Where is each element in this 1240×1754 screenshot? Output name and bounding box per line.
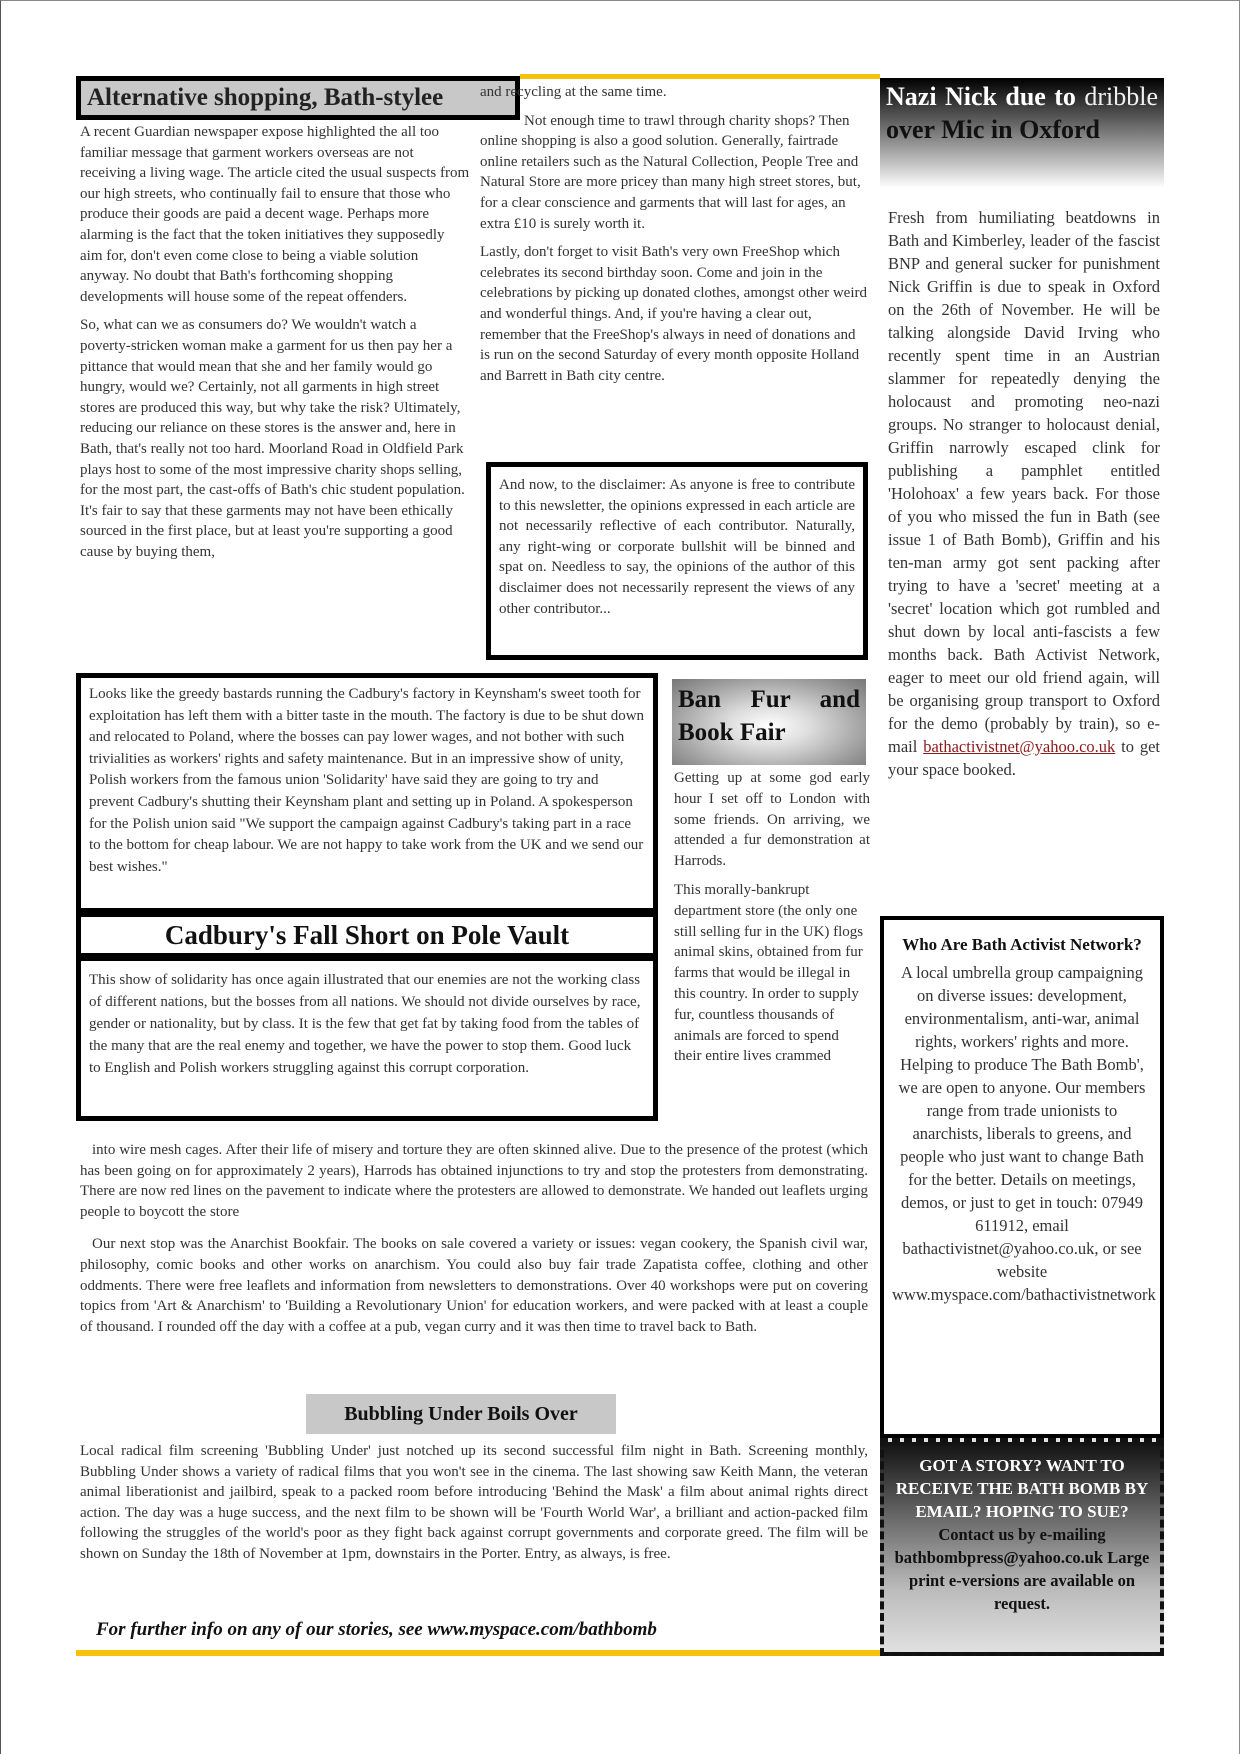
bubbling-body: Local radical film screening 'Bubbling U… (80, 1441, 868, 1565)
nazi-nick-title-part: over Mic in (886, 115, 1013, 144)
email-link[interactable]: bathactivistnet@yahoo.co.uk (923, 737, 1115, 756)
alt-shopping-paragraph: A recent Guardian newspaper expose highl… (80, 122, 470, 307)
fur-continued: into wire mesh cages. After their life o… (80, 1140, 868, 1337)
nazi-nick-body: Fresh from humiliating beatdowns in Bath… (888, 206, 1160, 781)
cadbury-intro-text: Looks like the greedy bastards running t… (89, 686, 644, 875)
cadbury-heading: Cadbury's Fall Short on Pole Vault (76, 912, 658, 958)
ban-info-title: Who Are Bath Activist Network? (892, 928, 1152, 961)
cadbury-intro-box: Looks like the greedy bastards running t… (76, 673, 658, 913)
disclaimer-text: And now, to the disclaimer: As anyone is… (499, 477, 855, 617)
ban-info-body: A local umbrella group campaigning on di… (892, 961, 1152, 1306)
alt-shopping-column-2: and recycling at the same time. Not enou… (480, 82, 868, 386)
bubbling-heading: Bubbling Under Boils Over (306, 1394, 616, 1434)
nazi-nick-title-part: Oxford (1019, 115, 1100, 144)
nazi-nick-title-part: Nazi Nick due to (886, 82, 1076, 111)
disclaimer-box: And now, to the disclaimer: As anyone is… (486, 462, 868, 660)
nazi-nick-heading: Nazi Nick due to dribble over Mic in Oxf… (880, 78, 1164, 188)
cadbury-body-text: This show of solidarity has once again i… (89, 972, 640, 1076)
fur-paragraph: into wire mesh cages. After their life o… (80, 1140, 868, 1222)
nazi-nick-text: Fresh from humiliating beatdowns in Bath… (888, 208, 1160, 756)
got-a-story-box: GOT A STORY? WANT TO RECEIVE THE BATH BO… (880, 1438, 1164, 1656)
got-a-story-contact: Contact us by e-mailing bathbombpress@ya… (888, 1523, 1156, 1615)
alt-shopping-paragraph: Not enough time to trawl through charity… (480, 111, 868, 235)
yellow-rule-bottom (76, 1650, 880, 1656)
nazi-nick-title-part: dribble (1084, 82, 1158, 111)
alt-shopping-paragraph: and recycling at the same time. (480, 82, 868, 103)
cadbury-body-box: This show of solidarity has once again i… (76, 956, 658, 1121)
got-a-story-headline: GOT A STORY? WANT TO RECEIVE THE BATH BO… (888, 1454, 1156, 1523)
alt-shopping-paragraph: Lastly, don't forget to visit Bath's ver… (480, 242, 868, 386)
footer-note: For further info on any of our stories, … (96, 1619, 856, 1641)
alt-shopping-heading: Alternative shopping, Bath-stylee (76, 76, 520, 120)
fur-paragraph: Getting up at some god early hour I set … (674, 768, 870, 872)
yellow-rule-top (520, 74, 880, 79)
fur-paragraph: This morally-bankrupt department store (… (674, 880, 870, 1067)
fur-column: Getting up at some god early hour I set … (674, 768, 870, 1067)
fur-heading: Ban Fur and Book Fair (672, 679, 866, 765)
alt-shopping-paragraph: So, what can we as consumers do? We woul… (80, 315, 470, 562)
ban-info-box: Who Are Bath Activist Network? A local u… (880, 916, 1164, 1438)
alt-shopping-column-1: A recent Guardian newspaper expose highl… (80, 122, 470, 562)
fur-paragraph: Our next stop was the Anarchist Bookfair… (80, 1234, 868, 1337)
